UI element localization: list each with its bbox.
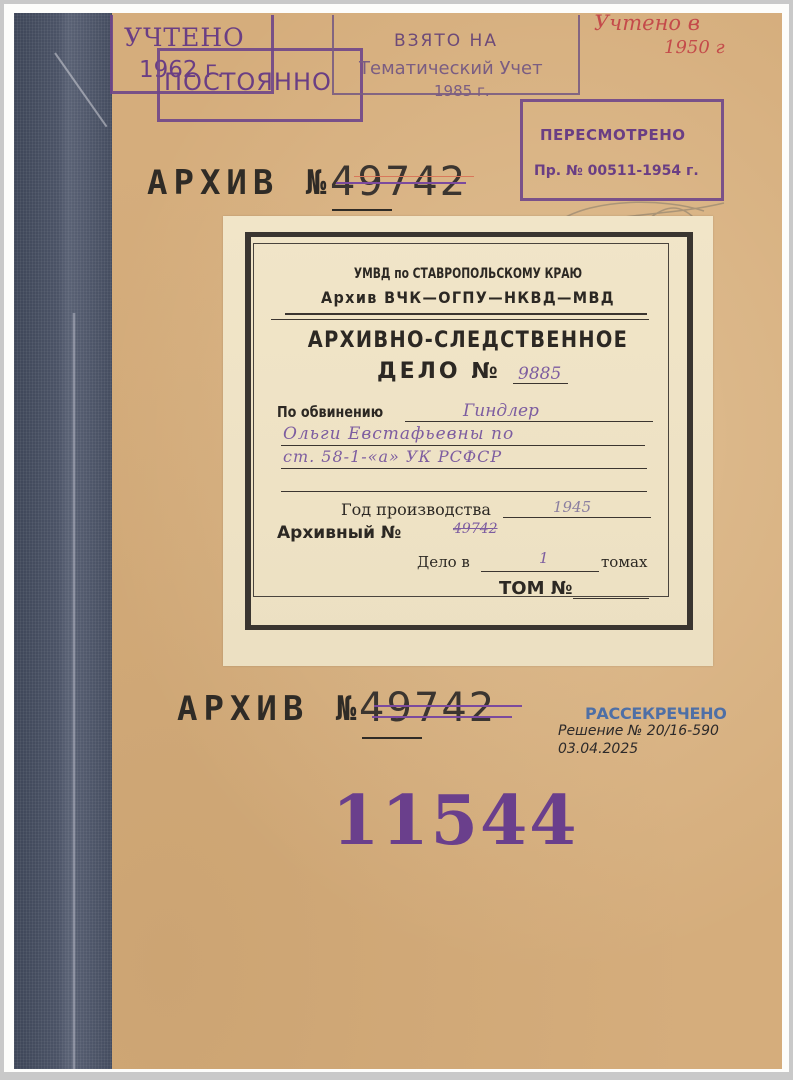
handwritten-note-line2: 1950 г	[664, 37, 725, 58]
label-volumes-prefix: Дело в	[417, 553, 470, 571]
case-file-cover: УЧТЕНО 1962 г. ПОСТОЯННО ВЗЯТО НА Темати…	[14, 13, 782, 1069]
label-title-line1: АРХИВНО-СЛЕДСТВЕННОЕ	[252, 328, 683, 353]
reviewed-stamp-box	[520, 99, 724, 201]
label-accused-rule-3	[281, 468, 647, 469]
label-accused-rule-1	[405, 421, 653, 422]
label-volume-no-rule	[573, 598, 649, 599]
case-label: УМВД по СТАВРОПОЛЬСКОМУ КРАЮ Архив ВЧК—О…	[223, 216, 713, 666]
label-year-value: 1945	[553, 498, 591, 516]
label-title-line2: ДЕЛО №	[377, 359, 501, 384]
cloth-spine	[14, 13, 112, 1069]
label-case-number: 9885	[518, 364, 561, 384]
spine-thread	[72, 313, 76, 1069]
label-rule-1	[285, 313, 647, 315]
thematic-stamp-line1: ВЗЯТО НА	[394, 31, 498, 51]
handwritten-note-line1: Учтено в	[594, 13, 700, 35]
label-volume-no: ТОМ №	[499, 578, 572, 599]
label-rule-2	[271, 319, 649, 320]
label-agency: УМВД по СТАВРОПОЛЬСКОМУ КРАЮ	[260, 266, 677, 282]
archive-top-underline	[332, 209, 392, 211]
declassified-date: 03.04.2025	[558, 741, 638, 757]
label-case-number-rule	[513, 383, 568, 384]
archive-top-strike-2	[354, 176, 474, 177]
label-year: Год производства	[341, 500, 491, 519]
label-year-rule	[503, 517, 651, 518]
reviewed-stamp-title: ПЕРЕСМОТРЕНО	[540, 126, 686, 144]
label-accused-rule-2	[281, 445, 645, 446]
archive-stamp-bottom-prefix: АРХИВ №	[177, 689, 362, 729]
label-accused-line3: ст. 58-1-«а» УК РСФСР	[283, 447, 502, 466]
label-archive-no: Архивный №	[277, 523, 401, 543]
big-violet-number-stamp: 11544	[332, 781, 579, 861]
archive-bottom-strike-2	[372, 716, 512, 718]
thematic-stamp-line2: Тематический Учет	[359, 58, 543, 79]
label-accusation: По обвинению	[277, 403, 383, 421]
postoyanno-stamp: ПОСТОЯННО	[164, 68, 332, 96]
thematic-stamp-line3: 1985 г.	[434, 82, 490, 100]
label-blank-rule	[281, 491, 647, 492]
archive-stamp-top-prefix: АРХИВ №	[147, 163, 332, 203]
archive-stamp-bottom-number: 49742	[359, 685, 496, 731]
label-volumes-rule	[481, 571, 599, 572]
declassified-stamp: РАССЕКРЕЧЕНО	[585, 704, 727, 723]
label-accused-line1: Гиндлер	[463, 401, 539, 421]
archive-bottom-strike-1	[374, 705, 522, 707]
archive-bottom-underline	[362, 737, 422, 739]
declassified-decision: Решение № 20/16-590	[558, 723, 719, 739]
label-archive-no-value: 49742	[453, 521, 498, 537]
archive-top-strike	[336, 182, 466, 184]
label-accused-line2: Ольги Евстафьевны по	[283, 424, 514, 444]
label-volumes-value: 1	[539, 549, 549, 567]
label-volumes-suffix: томах	[601, 553, 647, 571]
reviewed-stamp-number: Пр. № 00511-1954 г.	[534, 163, 699, 179]
spine-scratch	[54, 52, 107, 127]
label-archive: Архив ВЧК—ОГПУ—НКВД—МВД	[248, 288, 689, 307]
